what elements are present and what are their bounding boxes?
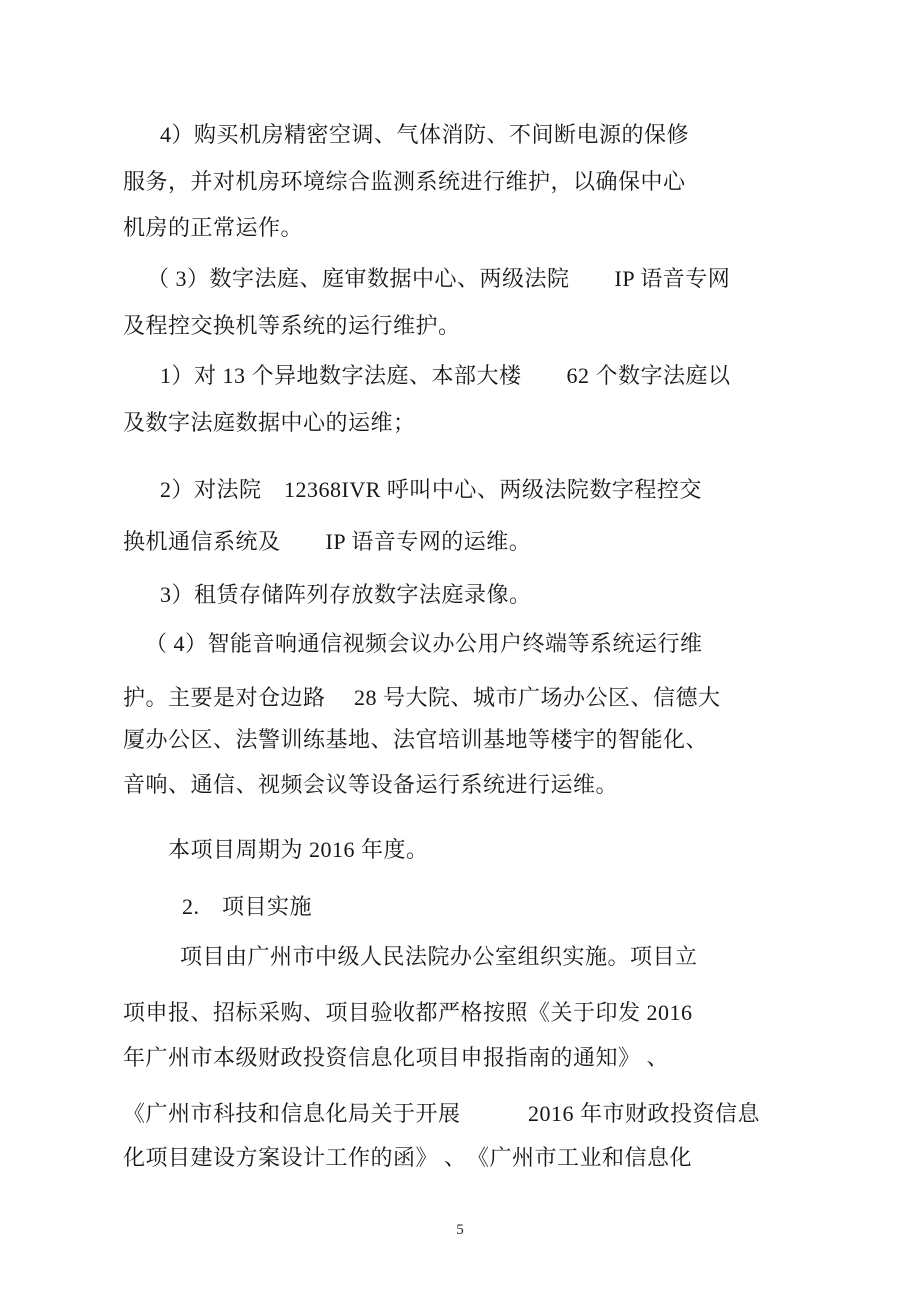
doc-line: 换机通信系统及 IP 语音专网的运维。 (123, 529, 531, 555)
doc-line: 及数字法庭数据中心的运维； (123, 410, 416, 436)
doc-line: 化项目建设方案设计工作的函》 、 《广州市工业和信息化 (123, 1145, 692, 1171)
doc-line: 机房的正常运作。 (123, 215, 303, 241)
doc-line: 1）对 13 个异地数字法庭、本部大楼 62 个数字法庭以 (160, 363, 731, 389)
doc-line: （ 4）智能音响通信视频会议办公用户终端等系统运行维 (145, 631, 703, 657)
doc-line: 2）对法院 12368IVR 呼叫中心、两级法院数字程控交 (160, 477, 702, 503)
doc-line: 项目由广州市中级人民法院办公室组织实施。项目立 (180, 944, 698, 970)
doc-line: 音响、通信、视频会议等设备运行系统进行运维。 (123, 772, 618, 798)
doc-line: 项申报、招标采购、项目验收都严格按照《关于印发 2016 (123, 1000, 693, 1026)
doc-line: 年广州市本级财政投资信息化项目申报指南的通知》 、 (123, 1045, 669, 1071)
doc-line-heading: 2. 项目实施 (182, 894, 312, 920)
doc-line: 3）租赁存储阵列存放数字法庭录像。 (160, 582, 532, 608)
document-page: 4）购买机房精密空调、气体消防、不间断电源的保修 服务，并对机房环境综合监测系统… (0, 0, 920, 1303)
doc-line: 护。主要是对仓边路 28 号大院、城市广场办公区、信德大 (123, 685, 721, 711)
doc-line: 及程控交换机等系统的运行维护。 (123, 313, 461, 339)
doc-line: 服务，并对机房环境综合监测系统进行维护，以确保中心 (123, 169, 686, 195)
doc-line: 本项目周期为 2016 年度。 (168, 837, 429, 863)
page-number: 5 (0, 1221, 920, 1239)
doc-line: （ 3）数字法庭、庭审数据中心、两级法院 IP 语音专网 (147, 266, 730, 292)
doc-line: 厦办公区、法警训练基地、法官培训基地等楼宇的智能化、 (123, 727, 708, 753)
doc-line: 《广州市科技和信息化局关于开展 2016 年市财政投资信息 (123, 1101, 760, 1127)
doc-line: 4）购买机房精密空调、气体消防、不间断电源的保修 (160, 122, 689, 148)
